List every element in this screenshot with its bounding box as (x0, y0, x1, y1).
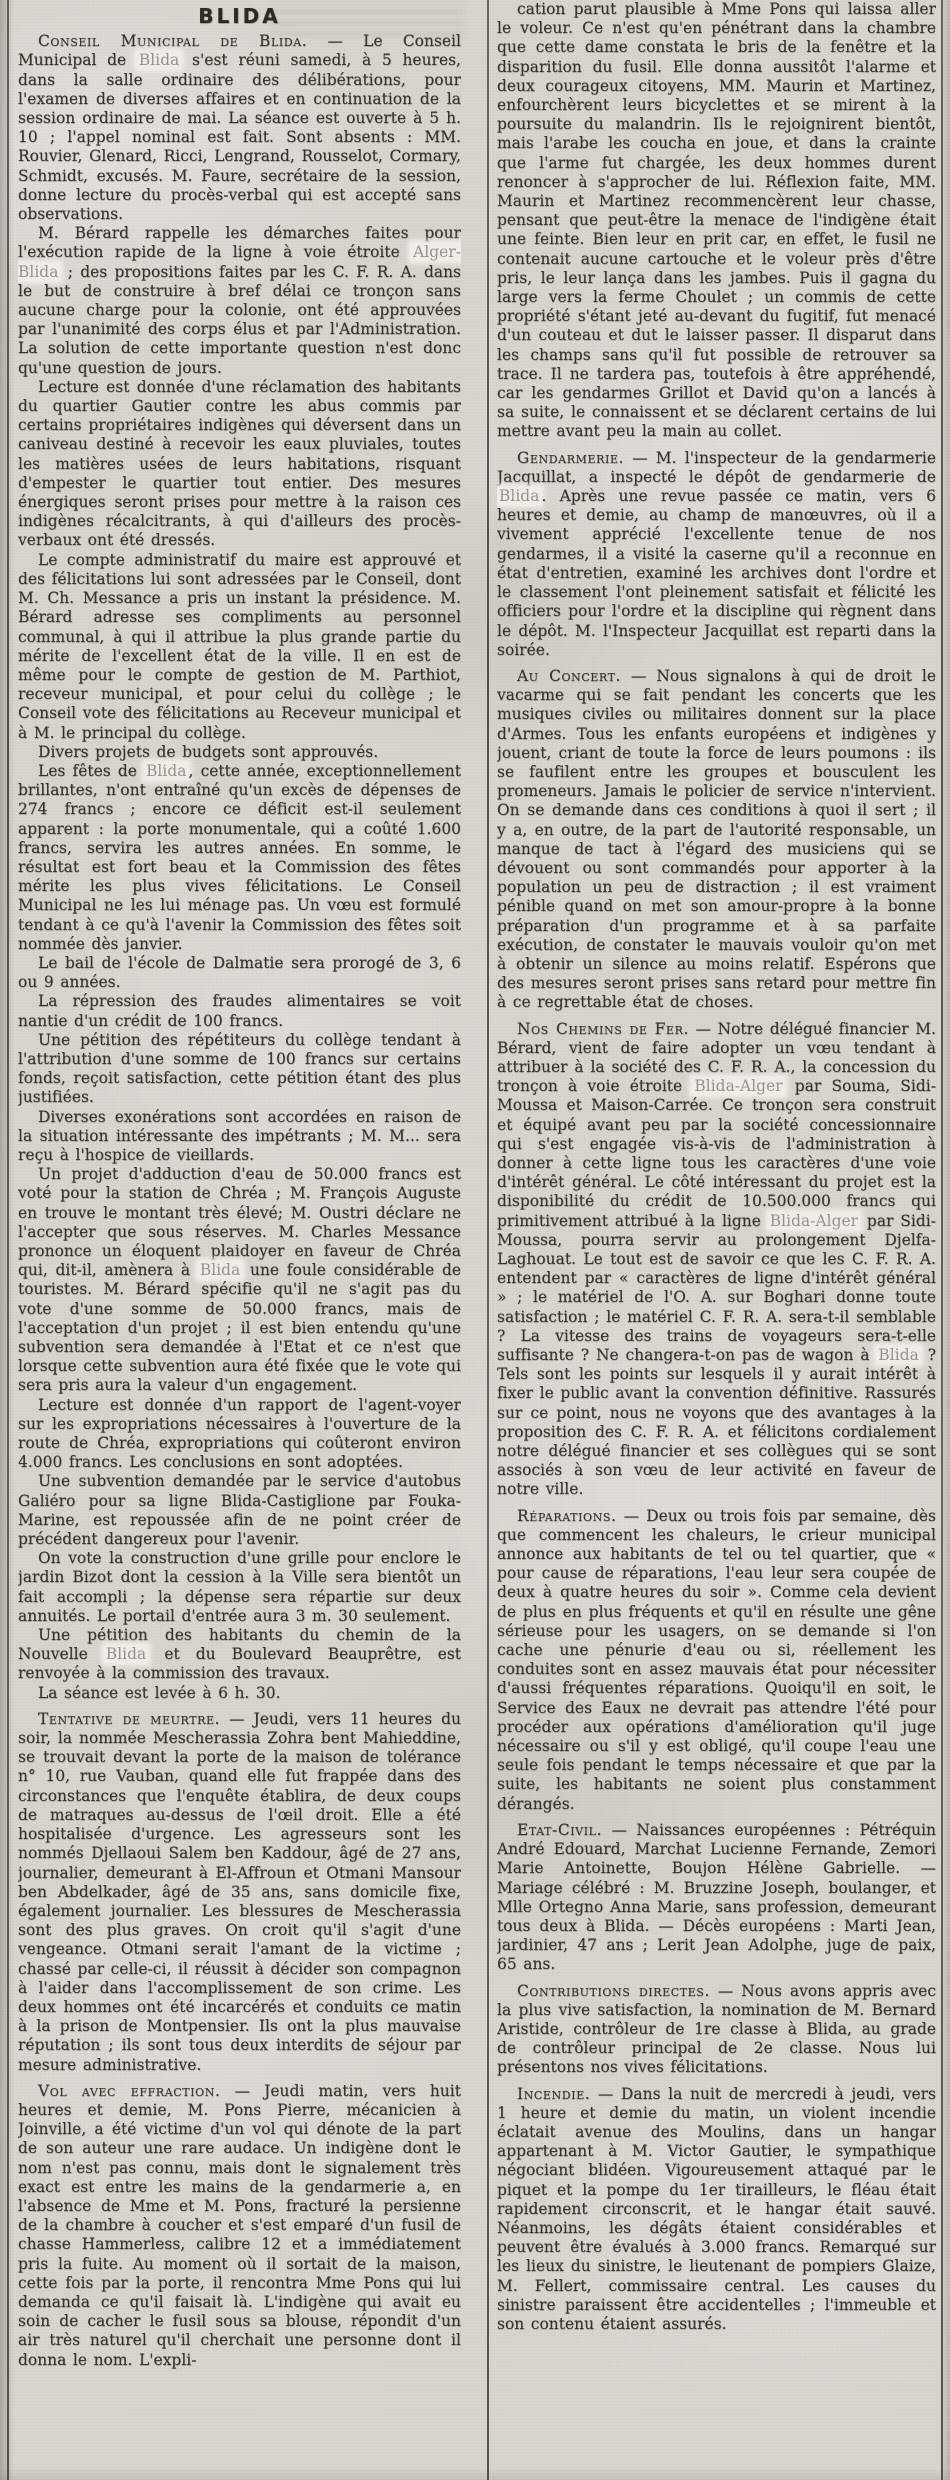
article-heading: Tentative de meurtre. (38, 1710, 220, 1728)
article-heading: Conseil Municipal de Blida. (38, 32, 307, 50)
article-conseil-municipal: Conseil Municipal de Blida. — Le Conseil… (18, 32, 461, 1703)
paragraph: Au Concert. — Nous signalons à qui de dr… (497, 667, 936, 1013)
paragraph: La séance est levée à 6 h. 30. (18, 1684, 461, 1703)
article-au-concert: Au Concert. — Nous signalons à qui de dr… (497, 667, 936, 1013)
article-heading: Au Concert. (517, 667, 621, 685)
article-heading: Incendie. (517, 2085, 590, 2103)
article-etat-civil: Etat-Civil. — Naissances européennes : P… (497, 1821, 936, 1975)
paragraph: Diverses exonérations sont accordées en … (18, 1108, 461, 1166)
article-vol-avec-effraction-suite: cation parut plausible à Mme Pons qui la… (497, 0, 936, 442)
paragraph: Une subvention demandée par le service d… (18, 1472, 461, 1549)
highlighted-term: Blida-Alger (692, 1077, 784, 1095)
paragraph: Conseil Municipal de Blida. — Le Conseil… (18, 32, 461, 224)
article-tentative-de-meurtre: Tentative de meurtre. — Jeudi, vers 11 h… (18, 1710, 461, 2075)
paragraph: Les fêtes de Blida, cette année, excepti… (18, 762, 461, 954)
paragraph: Nos Chemins de Fer. — Notre délégué fina… (497, 1020, 936, 1500)
paragraph: Une pétition des habitants du chemin de … (18, 1626, 461, 1684)
articles-left: Conseil Municipal de Blida. — Le Conseil… (18, 32, 461, 2370)
paragraph: Le bail de l'école de Dalmatie sera pror… (18, 954, 461, 992)
column-right: cation parut plausible à Mme Pons qui la… (497, 0, 936, 2480)
highlighted-term: Blida (144, 762, 188, 780)
article-contributions-directes: Contributions directes. — Nous avons app… (497, 1982, 936, 2078)
paragraph: cation parut plausible à Mme Pons qui la… (497, 0, 936, 442)
paragraph: Un projet d'adduction d'eau de 50.000 fr… (18, 1165, 461, 1395)
paragraph: Vol avec effraction. — Jeudi matin, vers… (18, 2082, 461, 2370)
article-heading: Réparations. (517, 1507, 617, 1525)
paragraph: M. Bérard rappelle les démarches faites … (18, 224, 461, 378)
article-vol-avec-effraction: Vol avec effraction. — Jeudi matin, vers… (18, 2082, 461, 2370)
paragraph: Lecture est donnée d'un rapport de l'age… (18, 1396, 461, 1473)
paragraph: Incendie. — Dans la nuit de mercredi à j… (497, 2085, 936, 2335)
highlighted-term: Blida-Alger (768, 1212, 860, 1230)
column-rule-left (7, 0, 9, 2480)
highlighted-term: Blida (497, 487, 541, 505)
article-heading: Nos Chemins de Fer. (517, 1020, 689, 1038)
paragraph: On vote la construction d'une grille pou… (18, 1549, 461, 1626)
paragraph: Gendarmerie. — M. l'inspecteur de la gen… (497, 449, 936, 660)
paragraph: Réparations. — Deux ou trois fois par se… (497, 1507, 936, 1814)
page-title: BLIDA (18, 7, 461, 26)
highlighted-term: Alger-Blida (18, 243, 461, 280)
article-reparations: Réparations. — Deux ou trois fois par se… (497, 1507, 936, 1814)
article-heading: Gendarmerie. (517, 449, 624, 467)
article-incendie: Incendie. — Dans la nuit de mercredi à j… (497, 2085, 936, 2335)
paragraph: Divers projets de budgets sont approuvés… (18, 743, 461, 762)
articles-right: cation parut plausible à Mme Pons qui la… (497, 0, 936, 2334)
paragraph: Etat-Civil. — Naissances européennes : P… (497, 1821, 936, 1975)
paragraph: Lecture est donnée d'une réclamation des… (18, 378, 461, 551)
newspaper-scan-page: BLIDA Conseil Municipal de Blida. — Le C… (0, 0, 950, 2480)
highlighted-term: Blida (104, 1645, 148, 1663)
article-heading: Etat-Civil. (517, 1821, 602, 1839)
paragraph: Le compte administratif du maire est app… (18, 551, 461, 743)
paragraph: Une pétition des répétiteurs du collège … (18, 1031, 461, 1108)
column-left: BLIDA Conseil Municipal de Blida. — Le C… (18, 0, 461, 2480)
column-rule-right (941, 0, 943, 2480)
highlighted-term: Blida (137, 51, 181, 69)
highlighted-term: Blida (876, 1346, 920, 1364)
article-heading: Vol avec effraction. (38, 2082, 220, 2100)
highlighted-term: Blida (198, 1261, 242, 1279)
article-heading: Contributions directes. (517, 1982, 710, 2000)
article-gendarmerie: Gendarmerie. — M. l'inspecteur de la gen… (497, 449, 936, 660)
article-nos-chemins-de-fer: Nos Chemins de Fer. — Notre délégué fina… (497, 1020, 936, 1500)
column-rule-middle (487, 0, 489, 2480)
paragraph: Contributions directes. — Nous avons app… (497, 1982, 936, 2078)
paragraph: Tentative de meurtre. — Jeudi, vers 11 h… (18, 1710, 461, 2075)
paragraph: La répression des fraudes alimentaires s… (18, 992, 461, 1030)
